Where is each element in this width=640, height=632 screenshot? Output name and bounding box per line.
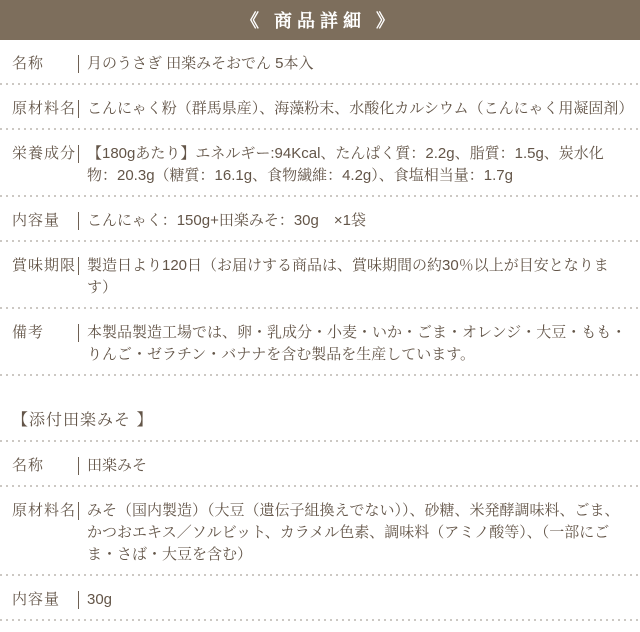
table-row-name: 名称 月のうさぎ 田楽みそおでん 5本入 xyxy=(0,40,640,85)
row-value: 本製品製造工場では、卵・乳成分・小麦・いか・ごま・オレンジ・大豆・もも・りんご・… xyxy=(87,322,630,366)
label-value-separator xyxy=(78,100,79,118)
row-label: 内容量 xyxy=(12,210,78,232)
product-spec-table: 名称 月のうさぎ 田楽みそおでん 5本入 原材料名 こんにゃく粉（群馬県産）、海… xyxy=(0,40,640,376)
row-value: 製造日より120日（お届けする商品は、賞味期間の約30％以上が目安となります） xyxy=(87,255,630,299)
row-label: 原材料名 xyxy=(12,500,78,522)
table-row-expiration: 賞味期限 製造日より120日（お届けする商品は、賞味期間の約30％以上が目安とな… xyxy=(0,242,640,309)
row-label: 賞味期限 xyxy=(12,255,78,277)
attachment-spec-table: 名称 田楽みそ 原材料名 みそ（国内製造）（大豆（遺伝子組換えでない））、砂糖、… xyxy=(0,442,640,621)
row-value: こんにゃく粉（群馬県産）、海藻粉末、水酸化カルシウム（こんにゃく用凝固剤） xyxy=(87,98,630,120)
row-label: 原材料名 xyxy=(12,98,78,120)
row-value: 田楽みそ xyxy=(87,455,630,477)
page-title: 《 商品詳細 》 xyxy=(241,7,399,33)
row-value: 【180gあたり】エネルギー:94Kcal、たんぱく質：2.2g、脂質：1.5g… xyxy=(87,143,630,187)
row-label: 内容量 xyxy=(12,589,78,611)
row-value: みそ（国内製造）（大豆（遺伝子組換えでない））、砂糖、米発酵調味料、ごま、かつお… xyxy=(87,500,630,566)
label-value-separator xyxy=(78,502,79,520)
row-value: こんにゃく：150g+田楽みそ：30g ×1袋 xyxy=(87,210,630,232)
table-row-ingredients: 原材料名 こんにゃく粉（群馬県産）、海藻粉末、水酸化カルシウム（こんにゃく用凝固… xyxy=(0,85,640,130)
table-row-contents: 内容量 こんにゃく：150g+田楽みそ：30g ×1袋 xyxy=(0,197,640,242)
row-label: 名称 xyxy=(12,455,78,477)
table-row-ingredients: 原材料名 みそ（国内製造）（大豆（遺伝子組換えでない））、砂糖、米発酵調味料、ご… xyxy=(0,487,640,576)
label-value-separator xyxy=(78,212,79,230)
row-value: 30g xyxy=(87,589,630,611)
attachment-section-title: 【添付田楽みそ 】 xyxy=(12,410,630,432)
table-row-contents: 内容量 30g xyxy=(0,576,640,621)
row-label: 名称 xyxy=(12,53,78,75)
row-value: 月のうさぎ 田楽みそおでん 5本入 xyxy=(87,53,630,75)
row-label: 栄養成分 xyxy=(12,143,78,165)
label-value-separator xyxy=(78,145,79,163)
label-value-separator xyxy=(78,257,79,275)
table-row-nutrition: 栄養成分 【180gあたり】エネルギー:94Kcal、たんぱく質：2.2g、脂質… xyxy=(0,130,640,197)
table-row-remarks: 備考 本製品製造工場では、卵・乳成分・小麦・いか・ごま・オレンジ・大豆・もも・り… xyxy=(0,309,640,376)
attachment-section-title-block: 【添付田楽みそ 】 xyxy=(0,376,640,442)
product-detail-header: 《 商品詳細 》 xyxy=(0,0,640,40)
label-value-separator xyxy=(78,457,79,475)
table-row-name: 名称 田楽みそ xyxy=(0,442,640,487)
row-label: 備考 xyxy=(12,322,78,344)
label-value-separator xyxy=(78,591,79,609)
label-value-separator xyxy=(78,324,79,342)
label-value-separator xyxy=(78,55,79,73)
